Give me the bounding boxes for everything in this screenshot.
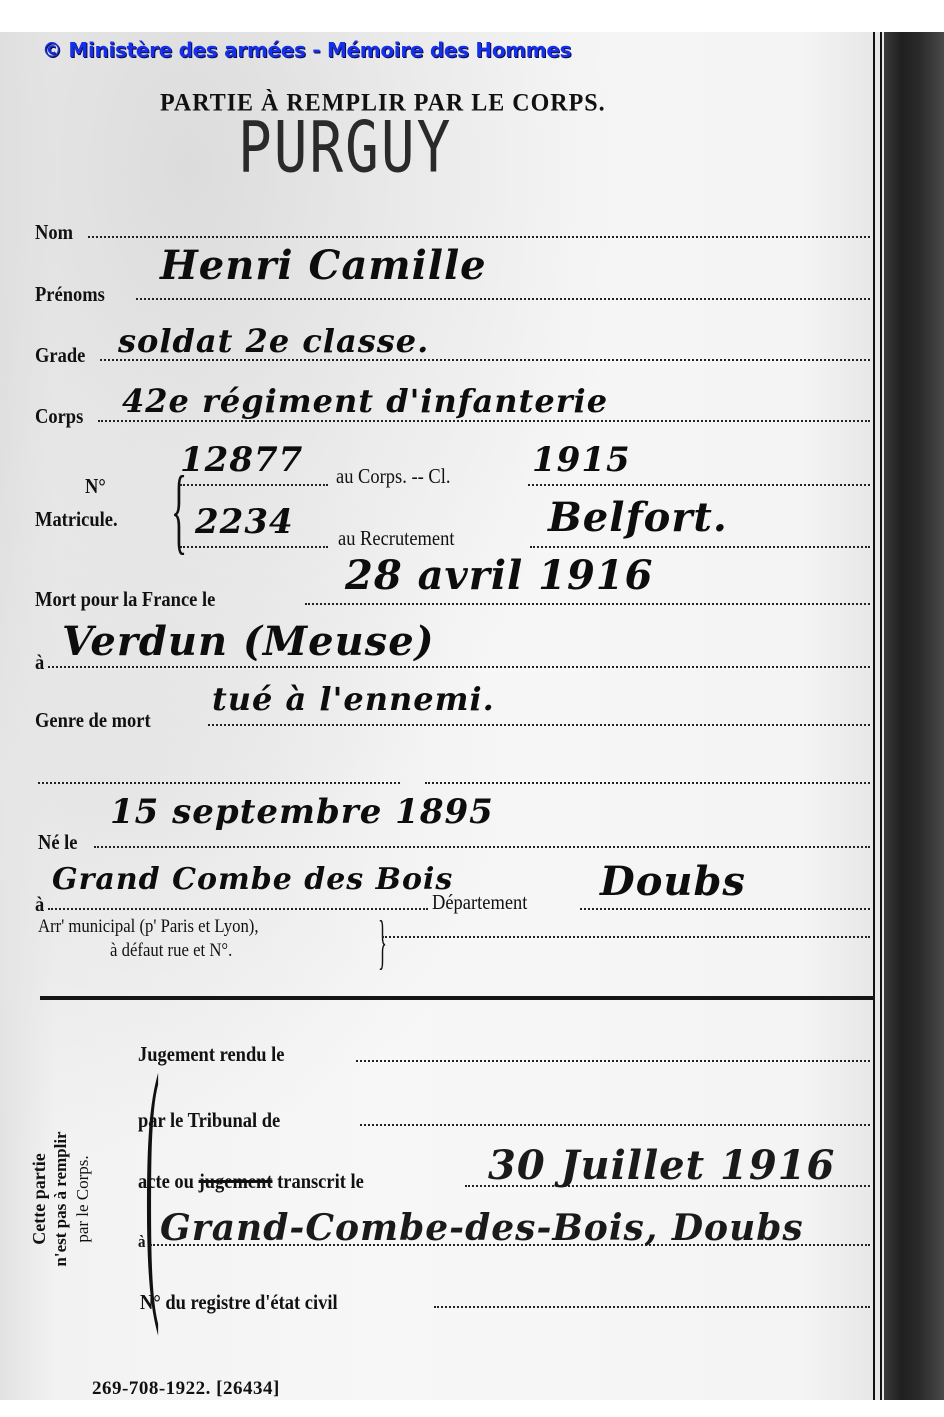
- grade-value: soldat 2e classe.: [118, 322, 429, 360]
- matricule-corps-number: 12877: [180, 440, 303, 480]
- matricule-corps-label: au Corps. -- Cl.: [336, 464, 450, 489]
- acte-transcrit-label-part1: acte ou: [138, 1169, 199, 1193]
- jugement-rendu-label: Jugement rendu le: [138, 1042, 284, 1067]
- genre-de-mort-label: Genre de mort: [35, 708, 151, 733]
- registre-line: [434, 1306, 870, 1308]
- mort-le-line: [305, 603, 870, 605]
- blank-line-left: [38, 782, 400, 784]
- jugement-rendu-line: [356, 1060, 870, 1062]
- corps-label: Corps: [35, 404, 83, 429]
- classe-line: [528, 484, 870, 486]
- nom-value: PURGUY: [238, 108, 452, 189]
- side-note-line-1: Cette partie: [28, 1104, 50, 1294]
- matricule-label: Matricule.: [35, 507, 118, 532]
- side-note-line-2: n'est pas à remplir: [50, 1104, 72, 1294]
- genre-de-mort-line: [208, 724, 870, 726]
- recrutement-label: au Recrutement: [338, 526, 454, 551]
- acte-transcrit-label-part2: transcrit le: [272, 1169, 363, 1193]
- arrondissement-label-line1: Arr' municipal (p' Paris et Lyon),: [38, 916, 259, 938]
- nom-line: [88, 236, 870, 238]
- ne-le-value: 15 septembre 1895: [110, 792, 494, 832]
- acte-transcrit-label: acte ou jugement transcrit le: [138, 1169, 364, 1194]
- matricule-recrutement-number: 2234: [195, 502, 294, 542]
- prenoms-line: [136, 298, 870, 300]
- recrutement-value-line: [530, 546, 870, 548]
- tribunal-label: par le Tribunal de: [138, 1108, 280, 1133]
- blank-line-right: [425, 782, 870, 784]
- prenoms-label: Prénoms: [35, 282, 105, 307]
- arrondissement-label-line2: à défaut rue et N°.: [110, 940, 232, 962]
- ne-a-label: à: [35, 892, 44, 917]
- departement-label: Département: [432, 890, 527, 915]
- arrondissement-line: [382, 936, 870, 938]
- border-rule-inner: [880, 32, 882, 1400]
- matricule-label-no: N°: [85, 474, 106, 499]
- side-note-line-3: par le Corps.: [72, 1104, 94, 1294]
- prenoms-value: Henri Camille: [160, 242, 487, 289]
- acte-transcrit-label-struck: jugement: [199, 1169, 273, 1193]
- transcrit-a-label: à: [138, 1232, 145, 1252]
- ne-a-line: [48, 908, 428, 910]
- nom-label: Nom: [35, 220, 73, 245]
- matricule-corps-line: [180, 484, 328, 486]
- mort-a-label: à: [35, 650, 44, 675]
- grade-label: Grade: [35, 343, 85, 368]
- mort-a-line: [48, 666, 870, 668]
- departement-value: Doubs: [600, 858, 746, 905]
- transcrit-a-value: Grand-Combe-des-Bois, Doubs: [160, 1207, 804, 1249]
- ne-le-line: [94, 846, 870, 848]
- scan-dark-edge: [884, 32, 944, 1400]
- copyright-watermark: © Ministère des armées - Mémoire des Hom…: [42, 38, 571, 62]
- genre-de-mort-value: tué à l'ennemi.: [212, 680, 495, 718]
- section-divider: [40, 996, 874, 1000]
- arrondissement-brace: }: [378, 908, 387, 977]
- matricule-recrutement-line: [180, 546, 328, 548]
- acte-transcrit-value: 30 Juillet 1916: [488, 1142, 835, 1189]
- tribunal-line: [360, 1124, 870, 1126]
- scanned-record-card: © Ministère des armées - Mémoire des Hom…: [0, 32, 944, 1400]
- corps-value: 42e régiment d'infanterie: [122, 382, 608, 420]
- civil-section-side-note: Cette partie n'est pas à remplir par le …: [28, 1104, 94, 1294]
- form-reference-footer: 269-708-1922. [26434]: [92, 1378, 280, 1400]
- mort-a-value: Verdun (Meuse): [62, 618, 435, 665]
- border-rule-outer: [873, 32, 875, 1400]
- classe-value: 1915: [532, 440, 631, 480]
- registre-label: N° du registre d'état civil: [140, 1290, 338, 1315]
- mort-le-label: Mort pour la France le: [35, 587, 215, 612]
- departement-line: [580, 908, 870, 910]
- ne-a-value: Grand Combe des Bois: [52, 862, 453, 897]
- recrutement-value: Belfort.: [548, 494, 728, 541]
- mort-le-value: 28 avril 1916: [345, 552, 653, 599]
- corps-line: [98, 420, 870, 422]
- ne-le-label: Né le: [38, 830, 78, 855]
